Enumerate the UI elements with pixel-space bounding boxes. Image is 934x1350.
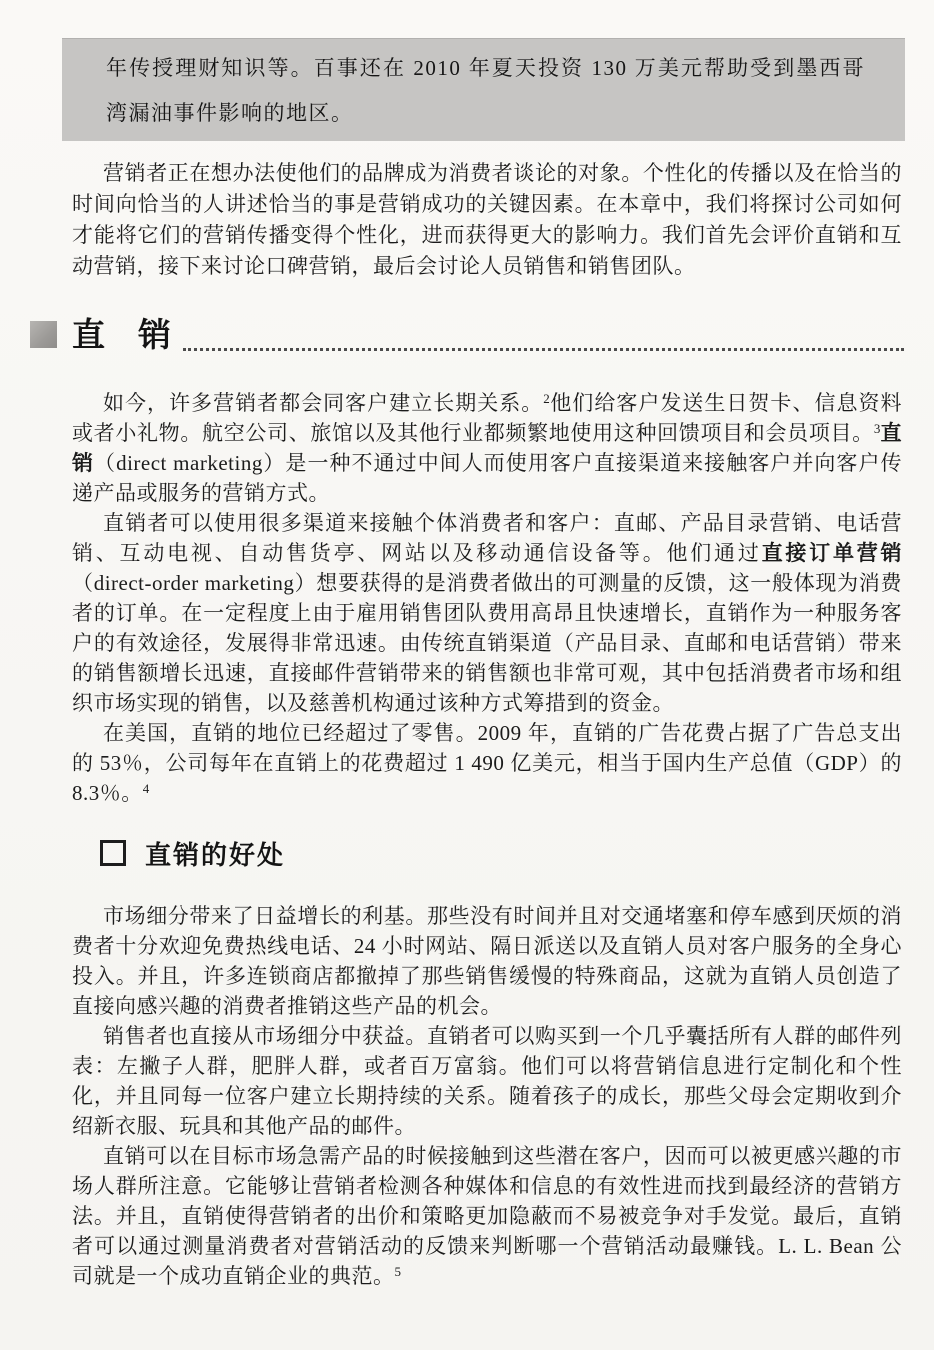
footnote-ref: 5 bbox=[395, 1264, 402, 1279]
bold-term: 直接订单营销 bbox=[762, 541, 902, 565]
paragraph: 销售者也直接从市场细分中获益。直销者可以购买到一个几乎囊括所有人群的邮件列表：左… bbox=[72, 1021, 902, 1141]
paragraph: 在美国，直销的地位已经超过了零售。2009 年，直销的广告花费占据了广告总支出的… bbox=[72, 718, 902, 808]
text-run: 在美国，直销的地位已经超过了零售。2009 年，直销的广告花费占据了广告总支出的… bbox=[72, 721, 902, 805]
text-run: （direct-order marketing）想要获得的是消费者做出的可测量的… bbox=[72, 571, 902, 715]
text-run: 营销者正在想办法使他们的品牌成为消费者谈论的对象。个性化的传播以及在恰当的时间向… bbox=[72, 161, 902, 278]
section-title: 直 销 bbox=[72, 318, 171, 351]
paragraph: 如今，许多营销者都会同客户建立长期关系。2他们给客户发送生日贺卡、信息资料或者小… bbox=[72, 388, 902, 508]
text-run: 市场细分带来了日益增长的利基。那些没有时间并且对交通堵塞和停车感到厌烦的消费者十… bbox=[72, 904, 902, 1018]
callout-box: 年传授理财知识等。百事还在 2010 年夏天投资 130 万美元帮助受到墨西哥湾… bbox=[62, 38, 905, 141]
text-run: （direct marketing）是一种不通过中间人而使用客户直接渠道来接触客… bbox=[72, 451, 902, 505]
callout-text: 年传授理财知识等。百事还在 2010 年夏天投资 130 万美元帮助受到墨西哥湾… bbox=[106, 46, 865, 136]
footnote-ref: 4 bbox=[143, 781, 150, 796]
intro-paragraph: 营销者正在想办法使他们的品牌成为消费者谈论的对象。个性化的传播以及在恰当的时间向… bbox=[72, 158, 902, 282]
paragraph: 直销者可以使用很多渠道来接触个体消费者和客户：直邮、产品目录营销、电话营销、互动… bbox=[72, 508, 902, 718]
paragraph: 直销可以在目标市场急需产品的时候接触到这些潜在客户，因而可以被更感兴趣的市场人群… bbox=[72, 1141, 902, 1291]
text-run: 销售者也直接从市场细分中获益。直销者可以购买到一个几乎囊括所有人群的邮件列表：左… bbox=[72, 1024, 902, 1138]
section-bullet-icon bbox=[30, 321, 57, 348]
section-heading: 直 销 bbox=[30, 312, 904, 358]
subsection-square-icon bbox=[100, 840, 126, 866]
subsection-heading: 直销的好处 bbox=[100, 835, 934, 871]
subsection-title: 直销的好处 bbox=[145, 835, 285, 872]
dotted-leader bbox=[183, 348, 904, 351]
paragraph: 市场细分带来了日益增长的利基。那些没有时间并且对交通堵塞和停车感到厌烦的消费者十… bbox=[72, 901, 902, 1021]
text-run: 如今，许多营销者都会同客户建立长期关系。 bbox=[103, 391, 543, 415]
text-run: 直销可以在目标市场急需产品的时候接触到这些潜在客户，因而可以被更感兴趣的市场人群… bbox=[72, 1144, 902, 1288]
book-page: 年传授理财知识等。百事还在 2010 年夏天投资 130 万美元帮助受到墨西哥湾… bbox=[0, 0, 934, 1350]
